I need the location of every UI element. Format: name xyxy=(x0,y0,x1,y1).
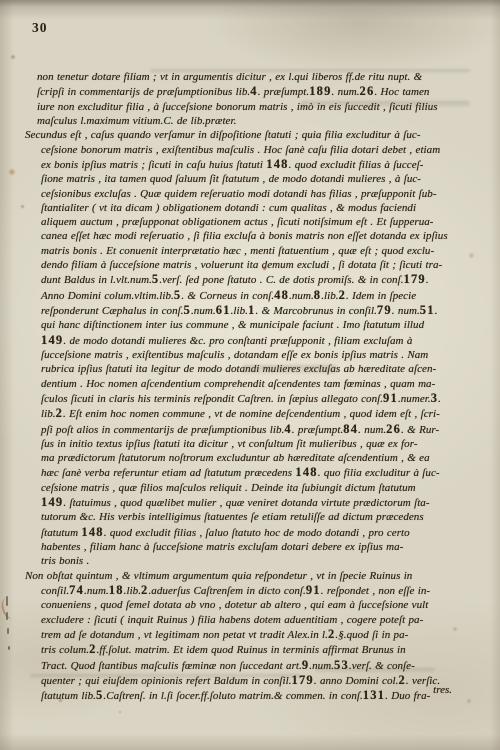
book-page: 30 non tenetur dotare filiam ; vt in arg… xyxy=(0,0,500,750)
text-line: conueniens , quod ſemel dotata ab vno , … xyxy=(25,598,477,612)
page-number: 30 xyxy=(32,20,48,36)
text-line: hæc ſanè verba referuntur etiam ad ſtatu… xyxy=(25,465,477,480)
foxing-spot xyxy=(468,252,475,259)
paragraph: Non obſtat quintum , & vltimum argumentu… xyxy=(25,569,477,704)
text-line: reſponderunt Cæphalus in conſ.5.num.61.l… xyxy=(25,303,477,318)
text-line: ſtatutum lib.5.Caſtrenſ. in l.ſi ſocer.f… xyxy=(25,688,477,703)
text-line: ſucceſsione matris , exiſtentibus maſcul… xyxy=(25,348,477,362)
foxing-spot xyxy=(20,204,25,209)
text-line: ſione matris , ita tamen quod ſaluum ſit… xyxy=(25,172,477,186)
text-line: 149. ſtatuimus , quod quælibet mulier , … xyxy=(25,495,477,510)
text-line: ſus in initio textus ipſius ſtatuti ita … xyxy=(25,437,477,451)
ink-dot xyxy=(262,266,267,271)
text-line: Anno Domini colum.vltim.lib.5. & Corneus… xyxy=(25,288,477,303)
catchword: tres. xyxy=(433,684,452,696)
text-line: dendo filiam à ſucceſsione matris , volu… xyxy=(25,258,477,272)
text-line: qui hanc diſtinctionem inter ius commune… xyxy=(25,318,477,332)
foxing-spot xyxy=(8,168,16,176)
text-line: canea eſſet hæc modi reſeruatio , ſi fil… xyxy=(25,229,477,243)
ink-smear xyxy=(242,365,337,374)
text-line: ſculos ſicuti in claris his terminis reſ… xyxy=(25,391,477,406)
foxing-spot xyxy=(452,626,458,632)
margin-mark xyxy=(8,646,10,650)
text-line: maſculus l.maximum vitium.C. de lib.præt… xyxy=(25,114,477,128)
text-line: conſil.74.num.18.lib.2.aduerſus Caſtrenſ… xyxy=(25,583,477,598)
text-line: habentes , filiam hanc à ſucceſsione mat… xyxy=(25,540,477,554)
text-line: ex bonis ipſius matris ; ſicuti in caſu … xyxy=(25,157,477,172)
text-line: 149. de modo dotandi mulieres &c. pro co… xyxy=(25,333,477,348)
text-line: ma prædictorum ſtatutorum noſtrorum excl… xyxy=(25,451,477,465)
paragraph: non tenetur dotare filiam ; vt in argume… xyxy=(25,70,477,128)
text-line: tutorum &c. His verbis intelligimus ſtat… xyxy=(25,510,477,524)
text-line: ceſsionibus excluſas . Quæ quidem reſeru… xyxy=(25,187,477,201)
ink-smear xyxy=(300,101,470,107)
ink-smear xyxy=(30,674,300,678)
paragraph: Secundus eſt , caſus quando verſamur in … xyxy=(25,128,477,568)
text-line: lib.2. Eſt enim hoc nomen commune , vt d… xyxy=(25,406,477,421)
text-line: pſi poſt alios in commentarijs de præſum… xyxy=(25,422,477,437)
text-line: dentium . Hoc nomen aſcendentium compreh… xyxy=(25,377,477,391)
text-line: ſtatutum 148. quod excludit filias , ſal… xyxy=(25,525,477,540)
foxing-spot xyxy=(58,698,63,703)
text-line: ceſsione matris , quæ filios maſculos re… xyxy=(25,481,477,495)
text-line: tris bonis . xyxy=(25,554,477,568)
foxing-spot xyxy=(10,54,16,60)
margin-scratch xyxy=(0,595,20,621)
text-line: ſtantialiter ( vt ita dicam ) obligation… xyxy=(25,201,477,215)
text-line: matris bonis . Et conuenit interprætatio… xyxy=(25,244,477,258)
text-line: ſcripſi in commentarijs de præſumptionib… xyxy=(25,84,477,99)
text-block: non tenetur dotare filiam ; vt in argume… xyxy=(25,70,477,703)
text-line: aliquem auctum , præſupponat obligatione… xyxy=(25,215,477,229)
text-line: ceſsione bonorum matris , exiſtentibus m… xyxy=(25,143,477,157)
text-line: Non obſtat quintum , & vltimum argumentu… xyxy=(25,569,477,583)
ink-smear xyxy=(315,668,435,672)
foxing-spot xyxy=(466,698,472,704)
ink-smear xyxy=(150,69,470,73)
text-line: Secundus eſt , caſus quando verſamur in … xyxy=(25,128,477,142)
text-line: dunt Baldus in l.vlt.num.5.verſ. ſed pon… xyxy=(25,272,477,287)
text-line: trem ad ſe dotandum , vt legitimam non p… xyxy=(25,627,477,642)
text-line: excludere : ſicuti ( inquit Ruinus ) fil… xyxy=(25,613,477,627)
foxing-spot xyxy=(118,710,122,714)
text-line: tris colum.2.ff.ſolut. matrim. Et idem q… xyxy=(25,642,477,657)
margin-mark xyxy=(7,628,9,634)
foxing-spot xyxy=(388,650,393,655)
